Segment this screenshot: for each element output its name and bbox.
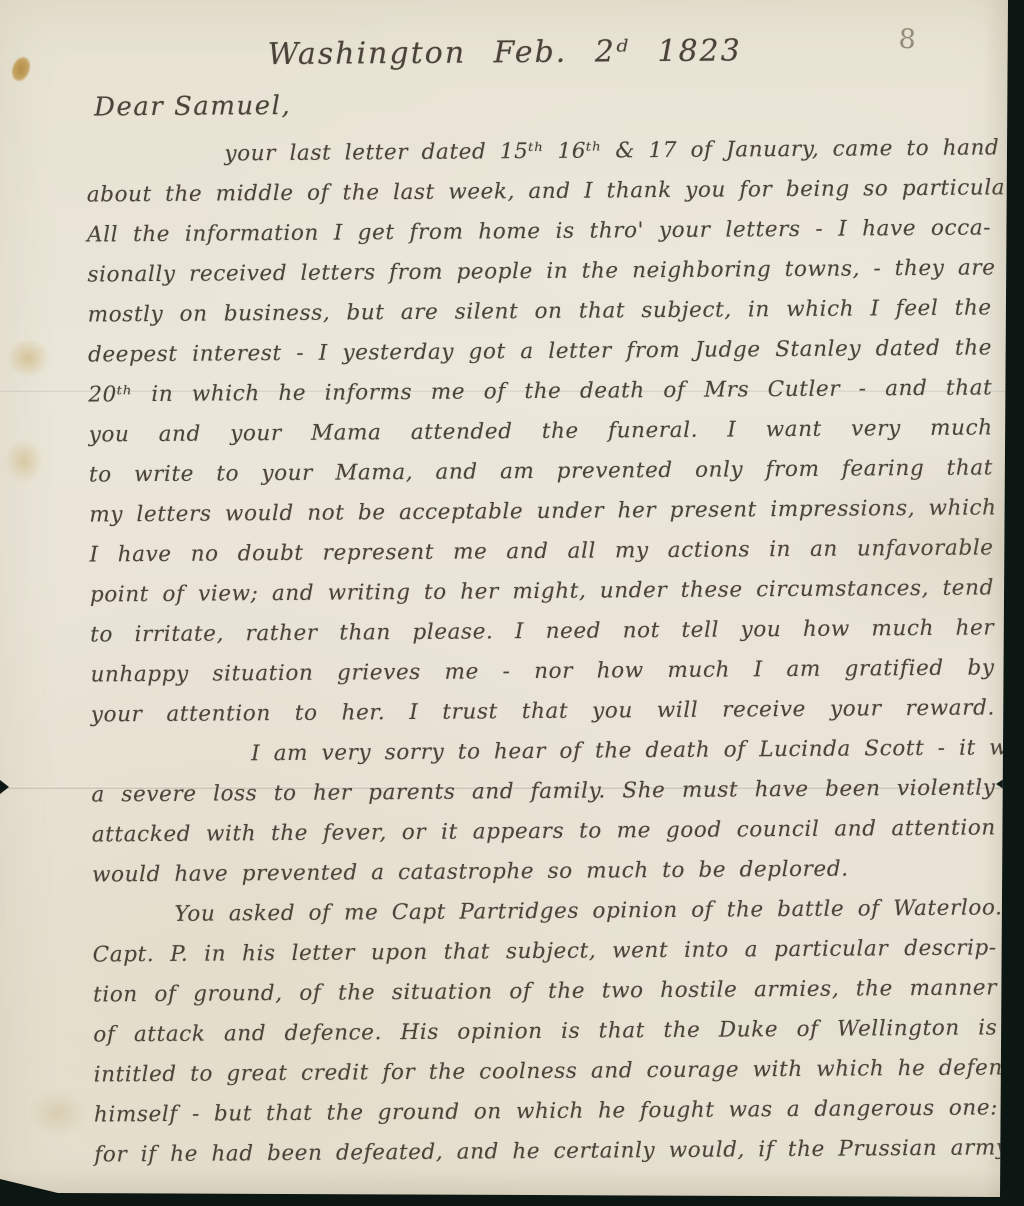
letter-body: your last letter dated 15ᵗʰ 16ᵗʰ & 17 of… — [86, 128, 998, 1175]
letter-line: I am very sorry to hear of the death of … — [91, 728, 995, 775]
letter-line: to write to your Mama, and am prevented … — [89, 448, 993, 495]
letter-line: attacked with the fever, or it appears t… — [92, 808, 996, 855]
letter-line: about the middle of the last week, and I… — [87, 168, 991, 215]
letter-line: to irritate, rather than please. I need … — [90, 608, 994, 655]
letter-line: unhappy situation grieves me - nor how m… — [90, 648, 994, 695]
letter-line: you and your Mama attended the funeral. … — [89, 408, 993, 455]
letter-line: your last letter dated 15ᵗʰ 16ᵗʰ & 17 of… — [86, 128, 990, 175]
letter-line: You asked of me Capt Partridges opinion … — [92, 888, 996, 935]
letter-line: deepest interest - I yesterday got a let… — [88, 328, 992, 375]
letter-line: himself - but that the ground on which h… — [94, 1088, 998, 1135]
letter-line: Capt. P. in his letter upon that subject… — [93, 928, 997, 975]
letter-line: intitled to great credit for the coolnes… — [94, 1048, 998, 1095]
letter-line: would have prevented a catastrophe so mu… — [92, 848, 996, 895]
letter-line: my letters would not be acceptable under… — [89, 488, 993, 535]
letter-line: for if he had been defeated, and he cert… — [94, 1128, 998, 1175]
letter-page: 8 Washington Feb. 2ᵈ 1823 Dear Samuel, y… — [0, 0, 1024, 1206]
letter-line: I have no doubt represent me and all my … — [89, 528, 993, 575]
letter-line: sionally received letters from people in… — [87, 248, 991, 295]
letter-dateline: Washington Feb. 2ᵈ 1823 — [268, 33, 742, 72]
letter-line: 20ᵗʰ in which he informs me of the death… — [88, 368, 992, 415]
letter-line: a severe loss to her parents and family.… — [91, 768, 995, 815]
scan-backdrop: { "document": { "kind": "handwritten let… — [0, 0, 1024, 1206]
page-number-pencil: 8 — [898, 24, 917, 56]
handwriting-layer: 8 Washington Feb. 2ᵈ 1823 Dear Samuel, y… — [0, 0, 1024, 1206]
letter-line: All the information I get from home is t… — [87, 208, 991, 255]
letter-line: mostly on business, but are silent on th… — [88, 288, 992, 335]
letter-line: tion of ground, of the situation of the … — [93, 968, 997, 1015]
letter-line: of attack and defence. His opinion is th… — [93, 1008, 997, 1055]
letter-salutation: Dear Samuel, — [94, 91, 291, 123]
letter-line: point of view; and writing to her might,… — [90, 568, 994, 615]
letter-line: your attention to her. I trust that you … — [91, 688, 995, 735]
